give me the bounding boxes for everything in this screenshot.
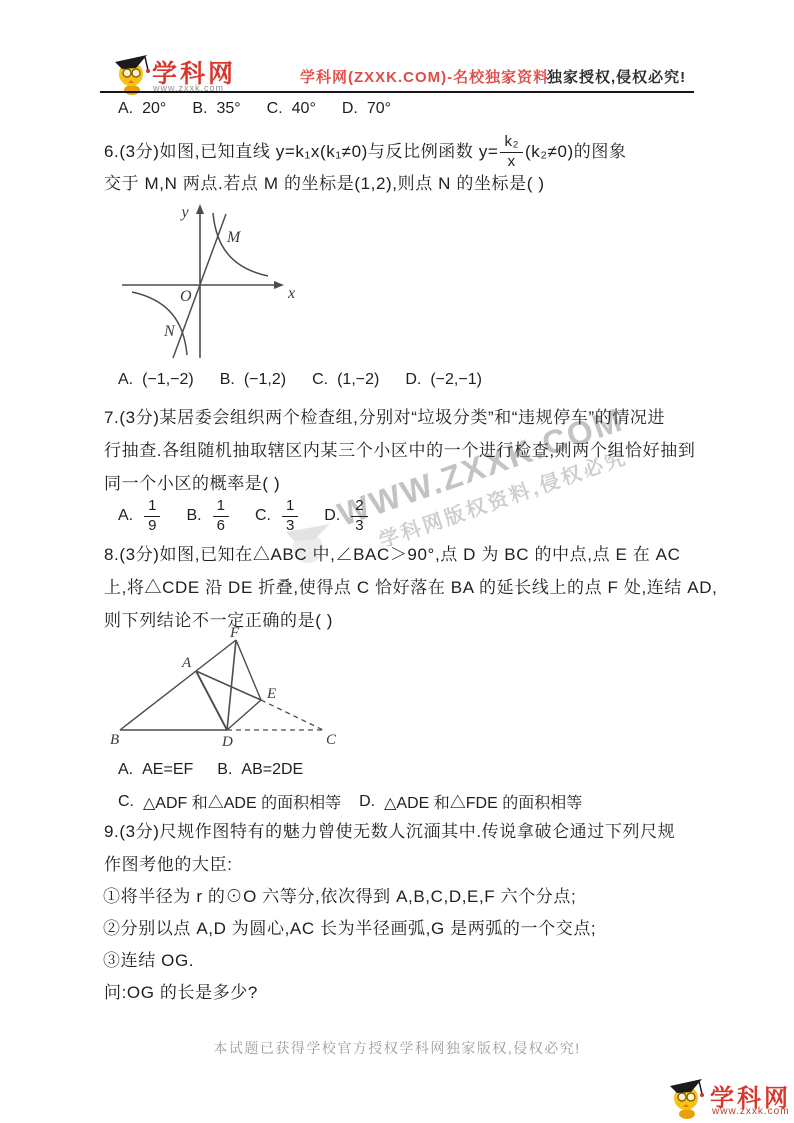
q9-line1: 9.(3分)尺规作图特有的魅力曾使无数人沉湎其中.传说拿破仑通过下列尺规 [104,820,675,844]
q8-options-row2: C.△ADF 和△ADE 的面积相等 D.△ADE 和△FDE 的面积相等 [118,790,582,813]
q9-step2: ②分别以点 A,D 为圆心,AC 长为半径画弧,G 是两弧的一个交点; [103,917,596,941]
q5-option-c: C.40° [267,100,316,118]
header-rule [100,91,694,93]
footer-copyright: 本试题已获得学校官方授权学科网独家版权,侵权必究! [0,1038,794,1058]
q6-line1: 6.(3分)如图,已知直线 y=k₁x(k₁≠0)与反比例函数 y=k₂x(k₂… [104,133,627,171]
point-b-label: B [110,732,119,748]
point-a-label: A [181,655,192,671]
q6-options-row: A.(−1,−2) B.(−1,2) C.(1,−2) D.(−2,−1) [118,371,482,389]
q7-option-b: B.16 [186,498,230,534]
x-axis-label: x [287,285,295,302]
segment-de [227,700,261,730]
q8-option-b: B.AB=2DE [217,761,303,779]
q7-option-c: C.13 [255,498,300,534]
x-axis-arrow-icon [274,281,284,289]
zxxk-logo-top [112,50,152,101]
zxxk-logo-bottom-url: www.zxxk.com [712,1106,790,1117]
zxxk-logo-bottom [668,1072,706,1123]
q5-option-a: A.20° [118,100,166,118]
q8-option-c: C.△ADF 和△ADE 的面积相等 [118,790,341,813]
segment-ad [196,671,227,730]
q6-option-b: B.(−1,2) [220,371,286,389]
q6-figure-graph: y x O M N [114,197,304,367]
hyperbola-branch-1 [213,213,268,276]
point-f-label: F [229,626,240,641]
hyperbola-branch-3 [132,292,187,355]
q8-line2: 上,将△CDE 沿 DE 折叠,使得点 C 恰好落在 BA 的延长线上的点 F … [104,576,717,600]
q7-line1: 7.(3分)某居委会组织两个检查组,分别对“垃圾分类”和“违规停车”的情况进 [104,406,665,430]
header-center-notice: 学科网(ZXXK.COM)-名校独家资料 [300,66,549,87]
q7-option-a: A.19 [118,498,162,534]
q9-line2: 作图考他的大臣: [104,853,233,877]
q5-options-row: A.20° B.35° C.40° D.70° [118,100,391,118]
q6-line2: 交于 M,N 两点.若点 M 的坐标是(1,2),则点 N 的坐标是( ) [104,172,545,196]
q6-option-d: D.(−2,−1) [405,371,482,389]
segment-ec-dashed [261,700,323,730]
zxxk-mascot-icon [668,1072,706,1120]
q8-option-d: D.△ADE 和△FDE 的面积相等 [359,790,582,813]
q8-option-a: A.AE=EF [118,761,193,779]
q9-step3: ③连结 OG. [103,949,194,973]
origin-label: O [180,288,192,305]
zxxk-mascot-icon [112,50,152,96]
q6-option-a: A.(−1,−2) [118,371,194,389]
q7-line2: 行抽查.各组随机抽取辖区内某三个小区中的一个进行检查,则两个组恰好抽到 [104,439,695,463]
point-d-label: D [221,734,233,750]
segment-bf [120,640,236,730]
q8-options-row1: A.AE=EF B.AB=2DE [118,761,303,779]
q5-option-d: D.70° [342,100,391,118]
point-m-label: M [226,229,242,246]
q5-option-b: B.35° [192,100,240,118]
q7-options-row: A.19 B.16 C.13 D.23 [118,498,370,534]
q6-fraction: k₂x [500,134,523,170]
y-axis-arrow-icon [196,204,204,214]
point-n-label: N [163,323,176,340]
header-right-notice: 独家授权,侵权必究! [547,66,686,87]
q9-question: 问:OG 的长是多少? [104,981,258,1005]
point-c-label: C [326,732,337,748]
q7-line3: 同一个小区的概率是( ) [104,472,280,496]
y-axis-label: y [179,204,189,221]
q8-line1: 8.(3分)如图,已知在△ABC 中,∠BAC＞90°,点 D 为 BC 的中点… [104,543,681,567]
q8-figure-triangle: A B C D E F [108,626,348,766]
q9-step1: ①将半径为 r 的⊙O 六等分,依次得到 A,B,C,D,E,F 六个分点; [103,885,576,909]
q7-option-d: D.23 [324,498,369,534]
q6-option-c: C.(1,−2) [312,371,379,389]
point-e-label: E [266,686,276,702]
exam-page: 学科网 www.zxxk.com 学科网(ZXXK.COM)-名校独家资料 独家… [0,0,794,1123]
